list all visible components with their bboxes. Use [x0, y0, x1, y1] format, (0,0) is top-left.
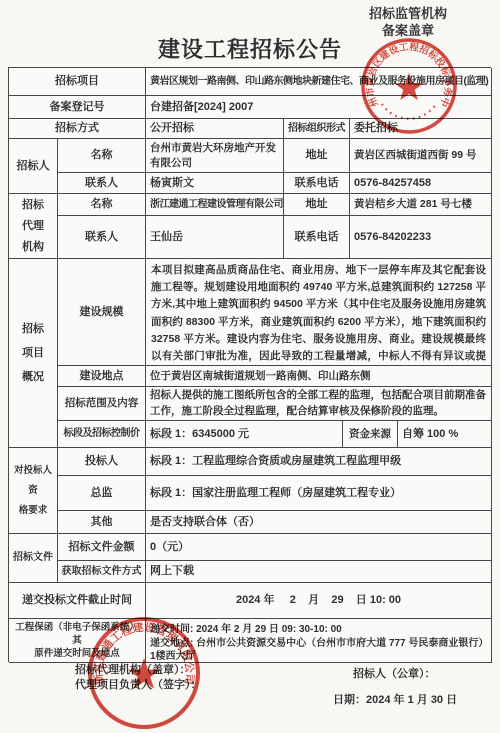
scale-label: 建设规模 — [58, 259, 146, 366]
tenderer-name-label: 名称 — [58, 139, 146, 173]
tender-info-table: 招标项目 黄岩区规划一路南侧、印山路东侧地块新建住宅、商业及服务设施用房项目(监… — [8, 67, 491, 662]
qualification-group-label: 对投标人资 格要求 — [9, 448, 58, 534]
agency-phone-value: 0576-84202233 — [350, 216, 492, 259]
doc-obtain-label: 获取招标文件方式 — [58, 561, 146, 583]
section-price-value: 标段 1：6345000 元 — [146, 421, 343, 448]
bidder-value: 标段 1：工程监理综合资质或房屋建筑工程监理甲级 — [146, 448, 492, 476]
doc-obtain-value: 网上下载 — [146, 561, 492, 583]
supervisor-value: 标段 1：国家注册监理工程师（房屋建筑工程专业） — [146, 476, 492, 511]
doc-fee-label: 招标文件金额 — [58, 534, 146, 561]
supervision-seal-stamp-icon: 台州市黄岩区建设工程招标投标事务中心 — [354, 31, 466, 143]
project-label: 招标项目 — [9, 68, 146, 96]
agency-seal-stamp-icon: 浙江建通工程建设管理有限公司 — [80, 613, 210, 733]
date-label: 日期：2024 年 1 月 30 日 — [333, 691, 457, 707]
agency-name-label: 名称 — [58, 194, 146, 216]
scope-label: 招标范围及内容 — [58, 387, 146, 421]
tenderer-phone-value: 0576-84257458 — [350, 173, 492, 194]
agency-name-value: 浙江建通工程建设管理有限公司 — [146, 194, 284, 216]
method-value: 公开招标 — [146, 119, 284, 139]
funds-source-label: 资金来源 — [343, 421, 398, 448]
site-value: 位于黄岩区南城街道规划一路南侧、印山路东侧 — [146, 366, 492, 387]
top-stamp-text: 台州市黄岩区建设工程招标投标事务中心 — [354, 31, 454, 109]
other-label: 其他 — [58, 511, 146, 534]
agency-group-label: 招标 代理 机构 — [9, 194, 58, 259]
tenderer-contact-label: 联系人 — [58, 173, 146, 194]
agency-contact-value: 王仙岳 — [146, 216, 284, 259]
org-form-label: 招标组织形式 — [284, 119, 350, 139]
tenderer-address-value: 黄岩区西城街道西街 99 号 — [350, 139, 492, 173]
tenderer-seal-label: 招标人（公章）： — [353, 665, 436, 681]
tenderer-phone-label: 联系电话 — [284, 173, 350, 194]
bidder-label: 投标人 — [58, 448, 146, 476]
tender-announcement-document: 招标监管机构 备案盖章 建设工程招标公告 招标项目 黄岩区规划一路南侧、印山路东… — [0, 0, 500, 733]
svg-text:台州市黄岩区建设工程招标投标事务中心: 台州市黄岩区建设工程招标投标事务中心 — [354, 31, 454, 109]
site-label: 建设地点 — [58, 366, 146, 387]
agency-address-label: 地址 — [284, 194, 350, 216]
method-label: 招标方式 — [9, 119, 146, 139]
doc-fee-value: 0（元） — [146, 534, 492, 561]
supervisor-label: 总监 — [58, 476, 146, 511]
tenderer-group-label: 招标人 — [9, 139, 58, 194]
docs-group-label: 招标文件 — [9, 534, 58, 583]
agency-address-value: 黄岩桔乡大道 281 号七楼 — [350, 194, 492, 216]
tenderer-name-value: 台州市黄岩大环房地产开发有限公司 — [146, 139, 284, 173]
section-price-label: 标段及招标控制价 — [58, 421, 146, 448]
scope-value: 招标人提供的施工图纸所包含的全部工程的监理，包括配合项目前期准备工作，施工阶段全… — [146, 387, 492, 421]
agency-phone-label: 联系电话 — [284, 216, 350, 259]
funds-source-value: 自筹 100 % — [398, 421, 492, 448]
scale-value: 本项目拟建高品质商品住宅、商业用房、地下一层停车库及其它配套设施工程等。规划建设… — [146, 259, 492, 366]
tenderer-address-label: 地址 — [284, 139, 350, 173]
tenderer-contact-value: 杨寅斯文 — [146, 173, 284, 194]
other-value: 是否支持联合体（否） — [146, 511, 492, 534]
record-number-label: 备案登记号 — [9, 96, 146, 119]
overview-group-label: 招标 项目 概况 — [9, 259, 58, 448]
agency-contact-label: 联系人 — [58, 216, 146, 259]
